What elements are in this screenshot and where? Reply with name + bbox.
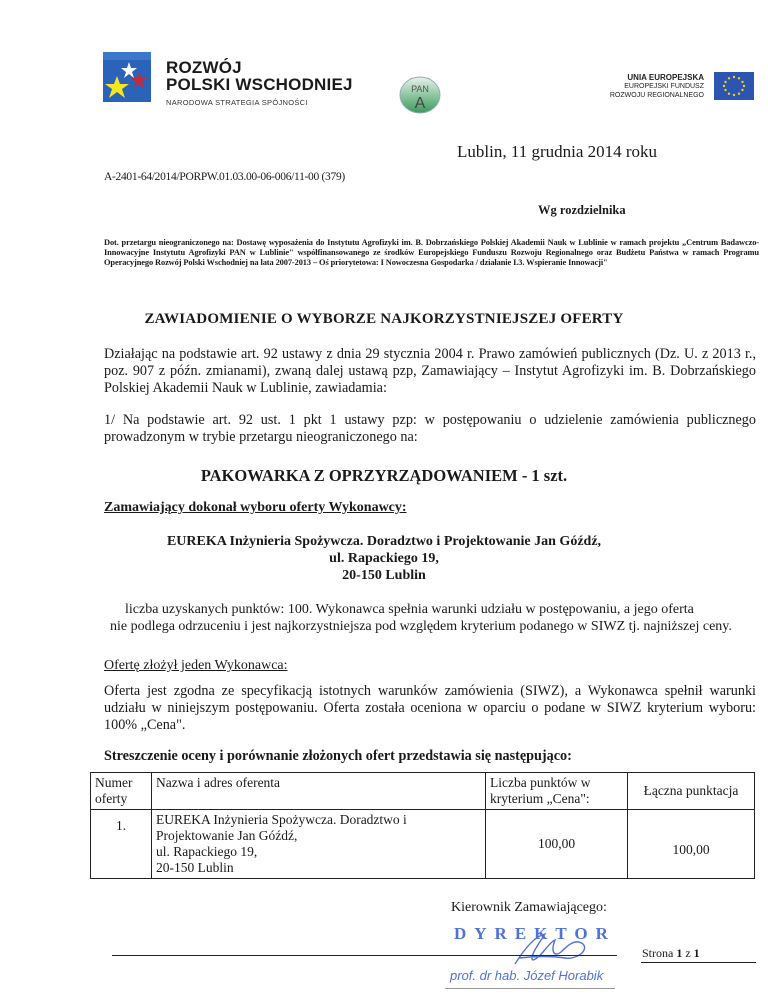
offerer-line4: 20-150 Lublin	[156, 860, 481, 876]
document-date: Lublin, 11 grudnia 2014 roku	[457, 142, 657, 162]
page-indicator-line	[641, 962, 756, 963]
pan-logo: PAN A	[398, 75, 442, 115]
eu-logo-text: UNIA EUROPEJSKA EUROPEJSKI FUNDUSZ ROZWO…	[560, 73, 704, 100]
svg-text:A: A	[415, 95, 426, 112]
single-offer-heading: Ofertę złożył jeden Wykonawca:	[104, 658, 288, 674]
winner-city: 20-150 Lublin	[0, 567, 768, 584]
offers-table: Numer oferty Nazwa i adres oferenta Licz…	[90, 772, 755, 879]
header-offer-number: Numer oferty	[91, 773, 152, 810]
winner-block: EUREKA Inżynieria Spożywcza. Doradztwo i…	[0, 533, 768, 584]
page-total: 1	[694, 946, 700, 960]
header-total-points: Łączna punktacja	[628, 773, 755, 810]
point1-paragraph: 1/ Na podstawie art. 92 ust. 1 pkt 1 ust…	[104, 412, 756, 446]
points-paragraph: liczba uzyskanych punktów: 100. Wykonawc…	[110, 601, 760, 635]
stars-icon	[103, 52, 151, 102]
cell-price-points: 100,00	[486, 810, 628, 879]
reference-number: A-2401-64/2014/PORPW.01.03.00-06-006/11-…	[104, 171, 345, 183]
header-price-points: Liczba punktów w kryterium „Cena":	[486, 773, 628, 810]
eu-line2: EUROPEJSKI FUNDUSZ	[560, 82, 704, 91]
page-separator: z	[685, 946, 690, 960]
rozwoj-polski-wschodniej-logo	[103, 52, 151, 102]
page-current: 1	[676, 946, 682, 960]
signature-scribble-icon	[505, 928, 595, 973]
rpw-logo-title: ROZWÓJ POLSKI WSCHODNIEJ	[166, 59, 353, 93]
header-offerer-name: Nazwa i adres oferenta	[152, 773, 486, 810]
selection-heading: Zamawiający dokonał wyboru oferty Wykona…	[104, 500, 407, 516]
addressee: Wg rozdzielnika	[538, 203, 626, 218]
table-header-row: Numer oferty Nazwa i adres oferenta Licz…	[91, 773, 755, 810]
page-indicator: Strona 1 z 1	[642, 946, 700, 961]
rpw-title-line2: POLSKI WSCHODNIEJ	[166, 76, 353, 93]
points-line1: liczba uzyskanych punktów: 100. Wykonawc…	[110, 601, 760, 618]
signatory-name: prof. dr hab. Józef Horabik	[450, 968, 603, 983]
intro-paragraph: Działając na podstawie art. 92 ustawy z …	[104, 346, 756, 397]
offerer-line1: EUREKA Inżynieria Spożywcza. Doradztwo i	[156, 812, 481, 828]
points-line2: nie podlega odrzuceniu i jest najkorzyst…	[110, 618, 760, 635]
eu-line1: UNIA EUROPEJSKA	[560, 73, 704, 82]
svg-text:PAN: PAN	[411, 84, 429, 94]
pan-emblem-icon: PAN A	[398, 75, 442, 115]
rpw-logo-subtitle: NARODOWA STRATEGIA SPÓJNOŚCI	[166, 98, 308, 107]
winner-name: EUREKA Inżynieria Spożywcza. Doradztwo i…	[0, 533, 768, 550]
signature-line	[112, 955, 617, 956]
evaluation-paragraph: Oferta jest zgodna ze specyfikacją istot…	[104, 683, 756, 734]
cell-offerer-name: EUREKA Inżynieria Spożywcza. Doradztwo i…	[152, 810, 486, 879]
winner-street: ul. Rapackiego 19,	[0, 550, 768, 567]
page-label: Strona	[642, 946, 673, 960]
summary-heading: Streszczenie oceny i porównanie złożonyc…	[104, 748, 572, 765]
cell-offer-number: 1.	[91, 810, 152, 879]
offerer-line2: Projektowanie Jan Góźdź,	[156, 828, 481, 844]
rpw-title-line1: ROZWÓJ	[166, 59, 353, 76]
item-title: PAKOWARKA Z OPRZYRZĄDOWANIEM - 1 szt.	[0, 466, 768, 486]
bottom-divider	[445, 988, 615, 989]
cell-total-points: 100,00	[628, 810, 755, 879]
offerer-line3: ul. Rapackiego 19,	[156, 844, 481, 860]
document-title: ZAWIADOMIENIE O WYBORZE NAJKORZYSTNIEJSZ…	[0, 311, 768, 328]
table-row: 1. EUREKA Inżynieria Spożywcza. Doradztw…	[91, 810, 755, 879]
eu-line3: ROZWOJU REGIONALNEGO	[560, 91, 704, 100]
eu-flag-icon	[714, 72, 754, 100]
subject-paragraph: Dot. przetargu nieograniczonego na: Dost…	[104, 238, 759, 268]
signature-role: Kierownik Zamawiającego:	[451, 900, 607, 916]
